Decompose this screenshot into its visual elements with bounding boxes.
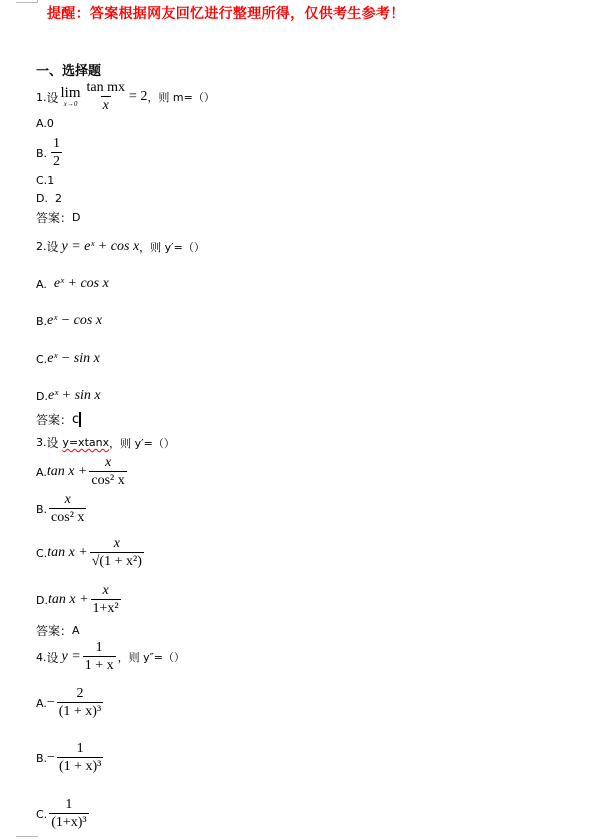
limit-expression: lim x→0 (61, 86, 81, 109)
option-label: B. (36, 147, 47, 160)
question-prefix: 设 (47, 238, 59, 255)
option-a: A. − 2 (1 + x)³ (36, 686, 105, 720)
question-suffix: ，则 y′=（） (139, 239, 205, 255)
option-label: D. (36, 390, 48, 403)
limit-subscript: x→0 (64, 100, 78, 109)
answer-label: 答案： (36, 411, 72, 428)
question-suffix: ，则 y″=（） (118, 649, 185, 665)
question-2: 2. 设 y = eˣ + cos x ，则 y′=（） (36, 238, 205, 255)
option-label: B. (36, 752, 47, 765)
question-number: 3. (36, 436, 47, 449)
option-lead: tan x + (48, 592, 89, 608)
denominator: (1 + x)³ (57, 757, 103, 775)
denominator: 1+x² (91, 599, 121, 617)
answer-3: 答案： A (36, 622, 80, 639)
numerator: 1 (51, 136, 62, 152)
option-math: eˣ − cos x (47, 313, 102, 329)
fraction: tan mx x (85, 80, 128, 114)
crop-mark-bottom-left (16, 836, 38, 837)
fraction: 1 2 (51, 136, 62, 170)
answer-value[interactable]: c (72, 412, 79, 427)
fraction: 1 (1 + x)³ (57, 741, 103, 775)
answer-2: 答案： c (36, 411, 81, 428)
numerator: 1 (94, 640, 105, 656)
option-c: C. 1 (36, 174, 54, 187)
denominator: cos² x (89, 471, 126, 489)
option-sign: − (47, 695, 55, 711)
rhs: = 2 (129, 89, 147, 105)
fraction: 2 (1 + x)³ (57, 686, 103, 720)
question-suffix: ，则 y′=（） (109, 435, 175, 451)
option-label: A. (36, 466, 47, 479)
numerator: x (63, 492, 73, 508)
numerator: x (103, 455, 113, 471)
option-lead: tan x + (47, 545, 88, 561)
answer-value: D (72, 211, 80, 224)
option-c: C. 1 (1+x)³ (36, 797, 91, 831)
option-label: C. (36, 353, 47, 366)
notice-banner: 提醒：答案根据网友回忆进行整理所得，仅供考生参考！ (47, 3, 405, 23)
option-text: 1 (47, 174, 54, 187)
answer-1: 答案： D (36, 209, 81, 226)
answer-label: 答案： (36, 622, 72, 639)
fraction: 1 (1+x)³ (49, 797, 88, 831)
option-label: A. (36, 697, 47, 710)
denominator: 1 + x (83, 656, 116, 674)
math-lhs: y = (62, 649, 81, 665)
option-d: D. tan x + x 1+x² (36, 583, 123, 617)
option-d: D. eˣ + sin x (36, 388, 101, 404)
option-b: B. x cos² x (36, 492, 88, 526)
option-label: B. (36, 503, 47, 516)
option-a: A. tan x + x cos² x (36, 455, 129, 489)
option-text: 0 (47, 117, 54, 130)
question-3: 3. 设 y=xtanx ，则 y′=（） (36, 434, 175, 451)
question-number: 1. (36, 91, 47, 104)
option-a: A. 0 (36, 117, 54, 130)
numerator: 1 (75, 741, 86, 757)
option-label: C. (36, 808, 47, 821)
section-title: 一、选择题 (36, 60, 101, 79)
numerator: 1 (63, 797, 74, 813)
fraction: x cos² x (49, 492, 86, 526)
math-expression: y = eˣ + cos x (62, 239, 140, 255)
question-4: 4. 设 y = 1 1 + x ，则 y″=（） (36, 640, 185, 674)
fraction: x cos² x (89, 455, 126, 489)
numerator: 2 (74, 686, 85, 702)
question-prefix: 设 (47, 89, 59, 106)
question-prefix: 设 (47, 434, 63, 451)
option-text: 2 (55, 192, 62, 205)
option-c: C. eˣ − sin x (36, 351, 100, 367)
option-math: eˣ + sin x (48, 388, 101, 404)
numerator: x (100, 583, 110, 599)
option-math: eˣ − sin x (47, 351, 100, 367)
answer-label: 答案： (36, 209, 72, 226)
denominator: √(1 + x²) (90, 552, 144, 570)
question-suffix: ，则 m=（） (147, 89, 214, 105)
numerator: tan mx (85, 80, 128, 96)
denominator: 2 (51, 152, 62, 170)
option-label: D. (36, 594, 48, 607)
option-label: C. (36, 547, 47, 560)
question-number: 2. (36, 240, 47, 253)
option-label: A. (36, 117, 47, 130)
fraction: x √(1 + x²) (90, 536, 144, 570)
option-b: B. 1 2 (36, 136, 64, 170)
answer-value: A (72, 624, 80, 637)
spellcheck-flagged-expression[interactable]: y=xtanx (62, 436, 109, 449)
denominator: x (101, 96, 111, 114)
question-1: 1. 设 lim x→0 tan mx x = 2 ，则 m=（） (36, 80, 215, 114)
option-label: B. (36, 315, 47, 328)
fraction: 1 1 + x (83, 640, 116, 674)
option-b: B. − 1 (1 + x)³ (36, 741, 105, 775)
numerator: x (112, 536, 122, 552)
denominator: (1+x)³ (49, 813, 88, 831)
denominator: cos² x (49, 508, 86, 526)
text-cursor (79, 412, 81, 427)
crop-mark-top-left-vertical (37, 0, 38, 3)
question-number: 4. (36, 651, 47, 664)
option-a: A. eˣ + cos x (36, 276, 109, 292)
option-b: B. eˣ − cos x (36, 313, 102, 329)
option-label: A. (36, 278, 54, 291)
denominator: (1 + x)³ (57, 702, 103, 720)
crop-mark-top-left (16, 2, 38, 3)
option-math: eˣ + cos x (54, 276, 109, 292)
fraction: x 1+x² (91, 583, 121, 617)
option-d: D. 2 (36, 192, 62, 205)
option-c: C. tan x + x √(1 + x²) (36, 536, 146, 570)
limit-word: lim (61, 86, 81, 100)
question-prefix: 设 (47, 649, 59, 666)
option-lead: tan x + (47, 464, 88, 480)
option-label: C. (36, 174, 47, 187)
option-label: D. (36, 192, 55, 205)
option-sign: − (47, 750, 55, 766)
